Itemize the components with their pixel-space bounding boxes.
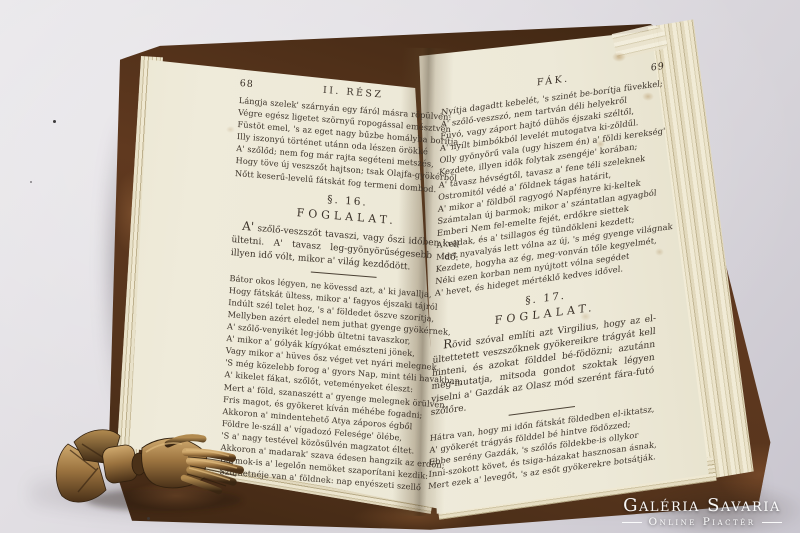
left-poem-bottom: Bátor okos légyen, ne kövessd azt, a' ki… xyxy=(219,272,457,496)
dust-speck xyxy=(53,120,56,123)
brass-hand-clasp xyxy=(52,404,252,522)
watermark-dash-right xyxy=(762,522,782,523)
watermark-dash-left xyxy=(622,522,642,523)
left-poem-top: Lángja szelek' szárnyán egy fáról másra … xyxy=(235,94,466,197)
dust-speck xyxy=(147,517,150,520)
left-page-number: 68 xyxy=(239,78,273,92)
gallery-watermark: Galéria Savaria Online Piactér xyxy=(612,496,792,528)
right-page-text: FÁK. 69 Nyítja dagadtt kebelét, 's sziné… xyxy=(428,61,665,492)
right-poem-top: Nyítja dagadtt kebelét, 's szinét be-bor… xyxy=(435,77,665,300)
watermark-title: Galéria Savaria xyxy=(612,496,792,515)
foxing-spot xyxy=(226,126,235,133)
dust-speck xyxy=(30,181,32,183)
divider-rule xyxy=(311,271,377,277)
book-photo: 68 II. RÉSZ Lángja szelek' szárnyán egy … xyxy=(0,0,800,533)
foxing-spot xyxy=(612,52,626,62)
watermark-subtitle: Online Piactér xyxy=(648,516,755,528)
